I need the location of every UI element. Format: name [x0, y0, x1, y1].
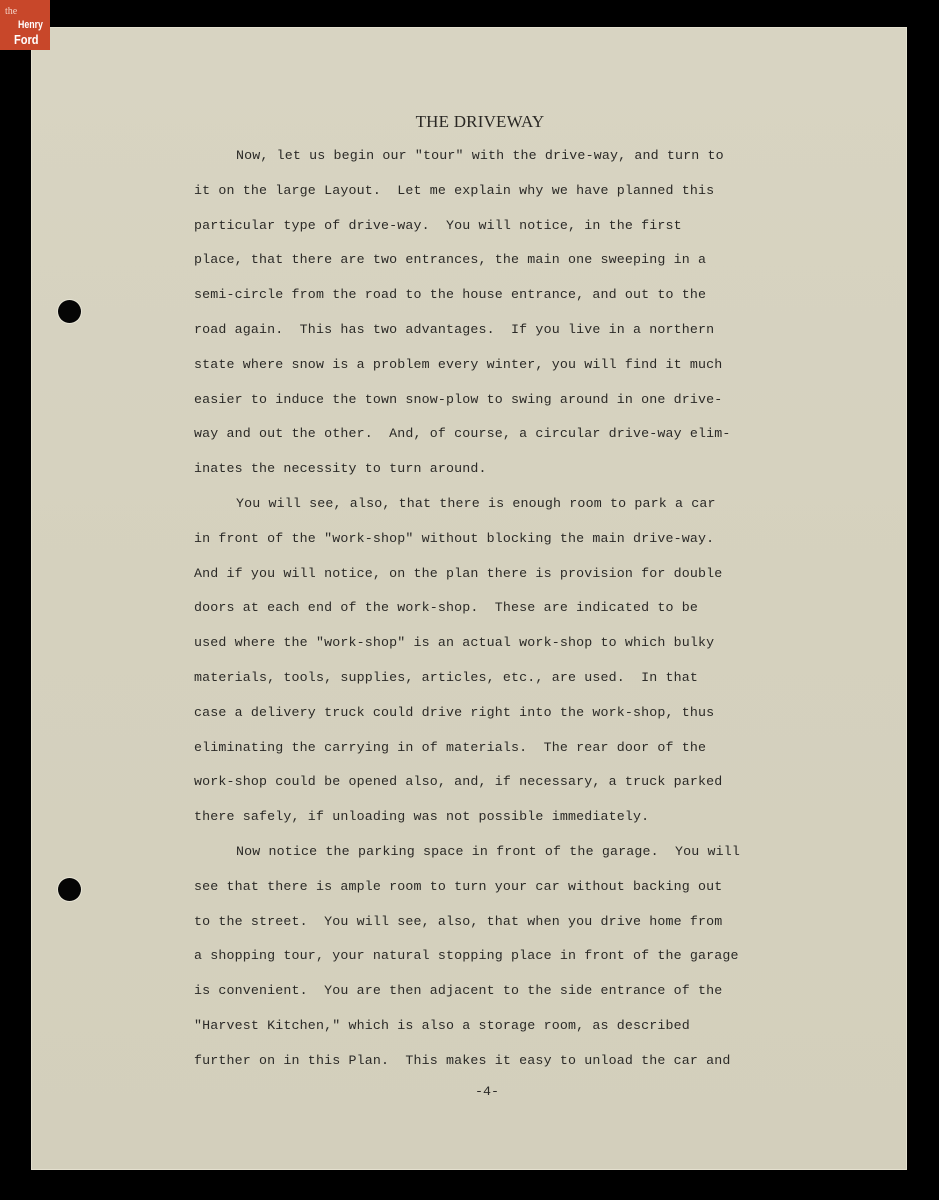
text-line: way and out the other. And, of course, a… — [194, 425, 894, 460]
punch-hole-icon — [58, 300, 81, 323]
text-line: doors at each end of the work-shop. Thes… — [194, 599, 894, 634]
text-line: state where snow is a problem every wint… — [194, 356, 894, 391]
logo-the-text: the — [5, 7, 17, 17]
text-line: case a delivery truck could drive right … — [194, 704, 894, 739]
text-line: place, that there are two entrances, the… — [194, 251, 894, 286]
punch-hole-icon — [58, 878, 81, 901]
text-line: is convenient. You are then adjacent to … — [194, 982, 894, 1017]
text-line: semi-circle from the road to the house e… — [194, 286, 894, 321]
henry-ford-logo: the Henry Ford — [0, 0, 50, 50]
text-line: inates the necessity to turn around. — [194, 460, 894, 495]
text-line: used where the "work-shop" is an actual … — [194, 634, 894, 669]
logo-henry-text: Henry — [18, 20, 43, 31]
text-line: a shopping tour, your natural stopping p… — [194, 947, 894, 982]
text-line: particular type of drive-way. You will n… — [194, 217, 894, 252]
logo-ford-text: Ford — [14, 33, 39, 46]
page-number: -4- — [31, 1084, 907, 1099]
text-line: You will see, also, that there is enough… — [194, 495, 894, 530]
text-line: road again. This has two advantages. If … — [194, 321, 894, 356]
text-line: easier to induce the town snow-plow to s… — [194, 391, 894, 426]
page-title: THE DRIVEWAY — [31, 112, 907, 132]
text-line: further on in this Plan. This makes it e… — [194, 1052, 894, 1087]
document-page: THE DRIVEWAY Now, let us begin our "tour… — [31, 27, 907, 1170]
document-body: Now, let us begin our "tour" with the dr… — [194, 147, 894, 1087]
text-line: eliminating the carrying in of materials… — [194, 739, 894, 774]
text-line: work-shop could be opened also, and, if … — [194, 773, 894, 808]
text-line: in front of the "work-shop" without bloc… — [194, 530, 894, 565]
text-line: see that there is ample room to turn you… — [194, 878, 894, 913]
text-line: Now notice the parking space in front of… — [194, 843, 894, 878]
text-line: And if you will notice, on the plan ther… — [194, 565, 894, 600]
text-line: to the street. You will see, also, that … — [194, 913, 894, 948]
text-line: "Harvest Kitchen," which is also a stora… — [194, 1017, 894, 1052]
text-line: materials, tools, supplies, articles, et… — [194, 669, 894, 704]
text-line: Now, let us begin our "tour" with the dr… — [194, 147, 894, 182]
text-line: there safely, if unloading was not possi… — [194, 808, 894, 843]
text-line: it on the large Layout. Let me explain w… — [194, 182, 894, 217]
